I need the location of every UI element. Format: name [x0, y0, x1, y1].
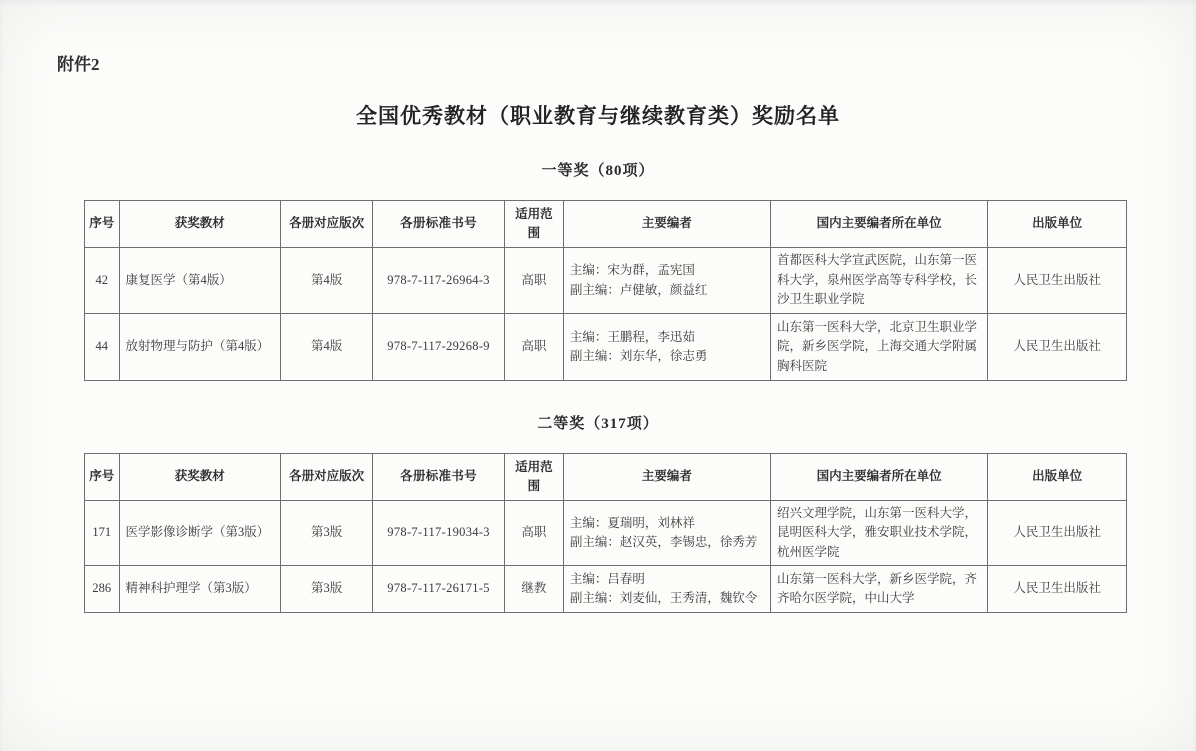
cell-organizations: 山东第一医科大学，北京卫生职业学院，新乡医学院，上海交通大学附属胸科医院 [771, 314, 988, 381]
cell-isbn: 978-7-117-29268-9 [373, 314, 505, 381]
cell-editors: 主编：吕春明副主编：刘麦仙，王秀清，魏钦令 [563, 566, 770, 613]
cell-editors: 主编：夏瑞明，刘林祥副主编：赵汉英，李锡忠，徐秀芳 [563, 501, 770, 566]
table-body: 171医学影像诊断学（第3版）第3版978-7-117-19034-3高职主编：… [85, 501, 1127, 613]
column-header: 各册标准书号 [373, 201, 505, 248]
cell-book-title: 医学影像诊断学（第3版） [119, 501, 281, 566]
section-heading: 一等奖（80项） [0, 159, 1196, 180]
editors-line2: 副主编：卢健敏，颜益红 [570, 281, 764, 300]
cell-no: 44 [85, 314, 120, 381]
column-header: 各册对应版次 [281, 201, 373, 248]
column-header: 序号 [85, 454, 120, 501]
cell-isbn: 978-7-117-19034-3 [373, 501, 505, 566]
cell-scope: 高职 [504, 314, 563, 381]
cell-no: 171 [85, 501, 120, 566]
cell-isbn: 978-7-117-26171-5 [373, 566, 505, 613]
editors-line1: 主编：宋为群，孟宪国 [570, 261, 764, 280]
editors-line1: 主编：夏瑞明，刘林祥 [570, 514, 764, 533]
table-row: 171医学影像诊断学（第3版）第3版978-7-117-19034-3高职主编：… [85, 501, 1127, 566]
page-title: 全国优秀教材（职业教育与继续教育类）奖励名单 [0, 100, 1196, 130]
editors-line1: 主编：王鹏程，李迅茹 [570, 328, 764, 347]
cell-edition: 第3版 [281, 566, 373, 613]
cell-scope: 高职 [504, 501, 563, 566]
section-heading: 二等奖（317项） [0, 412, 1196, 433]
award-section: 二等奖（317项） 序号获奖教材各册对应版次各册标准书号适用范围主要编者国内主要… [0, 412, 1196, 613]
table-row: 42康复医学（第4版）第4版978-7-117-26964-3高职主编：宋为群，… [85, 248, 1127, 314]
cell-editors: 主编：宋为群，孟宪国副主编：卢健敏，颜益红 [563, 248, 770, 314]
cell-edition: 第4版 [281, 248, 373, 314]
column-header: 序号 [85, 201, 120, 248]
cell-organizations: 绍兴文理学院，山东第一医科大学，昆明医科大学，雅安职业技术学院，杭州医学院 [771, 501, 988, 566]
column-header: 获奖教材 [119, 454, 281, 501]
cell-isbn: 978-7-117-26964-3 [373, 248, 505, 314]
award-section: 一等奖（80项） 序号获奖教材各册对应版次各册标准书号适用范围主要编者国内主要编… [0, 159, 1196, 381]
column-header: 适用范围 [504, 201, 563, 248]
cell-no: 286 [85, 566, 120, 613]
sections: 一等奖（80项） 序号获奖教材各册对应版次各册标准书号适用范围主要编者国内主要编… [0, 159, 1196, 613]
table-head: 序号获奖教材各册对应版次各册标准书号适用范围主要编者国内主要编者所在单位出版单位 [85, 454, 1127, 501]
award-table: 序号获奖教材各册对应版次各册标准书号适用范围主要编者国内主要编者所在单位出版单位… [84, 200, 1127, 381]
award-table: 序号获奖教材各册对应版次各册标准书号适用范围主要编者国内主要编者所在单位出版单位… [84, 453, 1127, 613]
cell-book-title: 放射物理与防护（第4版） [119, 314, 281, 381]
attachment-label: 附件2 [57, 0, 1196, 75]
table-row: 286精神科护理学（第3版）第3版978-7-117-26171-5继教主编：吕… [85, 566, 1127, 613]
editors-line1: 主编：吕春明 [570, 570, 764, 589]
column-header: 出版单位 [988, 201, 1127, 248]
table-head: 序号获奖教材各册对应版次各册标准书号适用范围主要编者国内主要编者所在单位出版单位 [85, 201, 1127, 248]
column-header: 主要编者 [563, 454, 770, 501]
cell-edition: 第4版 [281, 314, 373, 381]
cell-no: 42 [85, 248, 120, 314]
cell-book-title: 康复医学（第4版） [119, 248, 281, 314]
editors-line2: 副主编：刘麦仙，王秀清，魏钦令 [570, 589, 764, 608]
editors-line2: 副主编：刘东华，徐志勇 [570, 347, 764, 366]
cell-publisher: 人民卫生出版社 [988, 566, 1127, 613]
cell-scope: 高职 [504, 248, 563, 314]
column-header: 各册对应版次 [281, 454, 373, 501]
column-header: 主要编者 [563, 201, 770, 248]
cell-edition: 第3版 [281, 501, 373, 566]
column-header: 各册标准书号 [373, 454, 505, 501]
header-row: 序号获奖教材各册对应版次各册标准书号适用范围主要编者国内主要编者所在单位出版单位 [85, 201, 1127, 248]
column-header: 获奖教材 [119, 201, 281, 248]
cell-publisher: 人民卫生出版社 [988, 501, 1127, 566]
cell-publisher: 人民卫生出版社 [988, 248, 1127, 314]
cell-editors: 主编：王鹏程，李迅茹副主编：刘东华，徐志勇 [563, 314, 770, 381]
cell-organizations: 山东第一医科大学，新乡医学院，齐齐哈尔医学院，中山大学 [771, 566, 988, 613]
table-row: 44放射物理与防护（第4版）第4版978-7-117-29268-9高职主编：王… [85, 314, 1127, 381]
header-row: 序号获奖教材各册对应版次各册标准书号适用范围主要编者国内主要编者所在单位出版单位 [85, 454, 1127, 501]
column-header: 出版单位 [988, 454, 1127, 501]
column-header: 国内主要编者所在单位 [771, 454, 988, 501]
cell-organizations: 首都医科大学宣武医院，山东第一医科大学，泉州医学高等专科学校，长沙卫生职业学院 [771, 248, 988, 314]
editors-line2: 副主编：赵汉英，李锡忠，徐秀芳 [570, 533, 764, 552]
table-body: 42康复医学（第4版）第4版978-7-117-26964-3高职主编：宋为群，… [85, 248, 1127, 381]
document-page: 附件2 全国优秀教材（职业教育与继续教育类）奖励名单 一等奖（80项） 序号获奖… [0, 0, 1196, 751]
cell-book-title: 精神科护理学（第3版） [119, 566, 281, 613]
cell-scope: 继教 [504, 566, 563, 613]
column-header: 适用范围 [504, 454, 563, 501]
cell-publisher: 人民卫生出版社 [988, 314, 1127, 381]
column-header: 国内主要编者所在单位 [771, 201, 988, 248]
